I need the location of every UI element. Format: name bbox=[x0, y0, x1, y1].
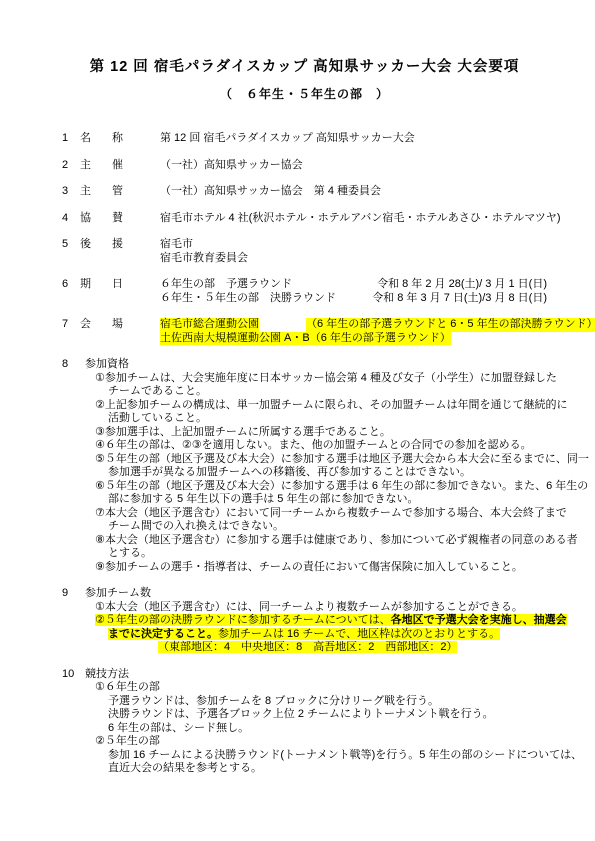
info-row-number: 6 bbox=[62, 278, 80, 305]
info-line: 宿毛市 bbox=[160, 238, 547, 252]
info-row: 1名称第 12 回 宿毛パラダイスカップ 高知県サッカー大会 bbox=[62, 132, 547, 146]
date-text: 令和 8 年 3 月 7 日(土)/3 月 8 日(日) bbox=[372, 292, 547, 306]
info-row-number: 3 bbox=[62, 185, 80, 199]
text-segment: ⑤５年生の部（地区予選及び本大会）に参加する選手は地区予選大会から本大会に至るま… bbox=[95, 453, 589, 465]
section-row: ①６年生の部 bbox=[95, 681, 547, 695]
section: 9参加チーム数①本大会（地区予選含む）には、同一チームより複数チームが参加するこ… bbox=[62, 587, 547, 655]
info-row-content: （一社）高知県サッカー協会 第 4 種委員会 bbox=[160, 185, 547, 199]
info-row-number: 7 bbox=[62, 318, 80, 345]
label-char: 協 bbox=[80, 212, 91, 226]
text-segment: ⑧本大会（地区予選含む）に参加する選手は健康であり、参加について必ず親権者の同意… bbox=[95, 534, 578, 546]
section-row: 決勝ラウンドは、予選各ブロック上位 2 チームによりトーナメント戦を行う。 bbox=[95, 708, 547, 722]
info-row-number: 5 bbox=[62, 238, 80, 265]
info-row-content: 宿毛市ホテル 4 社(秋沢ホテル・ホテルアバン宿毛・ホテルあさひ・ホテルマツヤ) bbox=[160, 212, 547, 226]
section-row: ①本大会（地区予選含む）には、同一チームより複数チームが参加することができる。 bbox=[95, 601, 547, 615]
text-segment: 宿毛市ホテル 4 社(秋沢ホテル・ホテルアバン宿毛・ホテルあさひ・ホテルマツヤ) bbox=[160, 212, 561, 226]
section-row: チーム間での入れ換えはできない。 bbox=[95, 520, 547, 534]
info-row-number: 1 bbox=[62, 132, 80, 146]
section-row: とする。 bbox=[95, 547, 547, 561]
info-line: 宿毛市ホテル 4 社(秋沢ホテル・ホテルアバン宿毛・ホテルあさひ・ホテルマツヤ) bbox=[160, 212, 547, 226]
label-char: 名 bbox=[80, 132, 91, 146]
section-row: ⑧本大会（地区予選含む）に参加する選手は健康であり、参加について必ず親権者の同意… bbox=[95, 534, 547, 548]
info-list: 1名称第 12 回 宿毛パラダイスカップ 高知県サッカー大会2主催（一社）高知県… bbox=[62, 132, 547, 345]
section-body: ①本大会（地区予選含む）には、同一チームより複数チームが参加することができる。②… bbox=[95, 601, 547, 655]
info-row: 5後援宿毛市宿毛市教育委員会 bbox=[62, 238, 547, 265]
info-row: 6期日６年生の部 予選ラウンド令和 8 年 2 月 28(土)/ 3 月 1 日… bbox=[62, 278, 547, 305]
info-row-label: 後援 bbox=[80, 238, 123, 265]
label-char: 日 bbox=[112, 278, 123, 305]
text-segment: 宿毛市 bbox=[160, 238, 193, 252]
info-row-label: 主催 bbox=[80, 159, 123, 173]
section-row: ②５年生の部の決勝ラウンドに参加するチームについては、各地区で予選大会を実施し、… bbox=[95, 614, 547, 628]
section-row: チームであること。 bbox=[95, 385, 547, 399]
info-row-content: 宿毛市宿毛市教育委員会 bbox=[160, 238, 547, 265]
info-row-content: 第 12 回 宿毛パラダイスカップ 高知県サッカー大会 bbox=[160, 132, 547, 146]
label-char: 催 bbox=[112, 159, 123, 173]
date-text: 令和 8 年 2 月 28(土)/ 3 月 1 日(日) bbox=[377, 278, 547, 292]
label-char: 後 bbox=[80, 238, 91, 265]
text-segment: ①６年生の部 bbox=[95, 681, 160, 693]
section: 8参加資格①参加チームは、大会実施年度に日本サッカー協会第 4 種及び女子（小学… bbox=[62, 358, 547, 574]
info-row-number: 4 bbox=[62, 212, 80, 226]
text-segment: チーム間での入れ換えはできない。 bbox=[108, 520, 284, 532]
section-heading: 競技方法 bbox=[85, 668, 129, 682]
section-body: ①６年生の部予選ラウンドは、参加チームを 8 ブロックに分けリーグ戦を行う。決勝… bbox=[95, 681, 547, 776]
text-segment: ⑥５年生の部（地区予選及び本大会）に参加する選手は 6 年生の部に参加できない。… bbox=[95, 480, 588, 492]
section-row: （東部地区：4 中央地区：8 高吾地区：2 西部地区：2） bbox=[95, 641, 547, 655]
highlighted-text: （東部地区：4 中央地区：8 高吾地区：2 西部地区：2） bbox=[158, 641, 457, 653]
text-segment: （一社）高知県サッカー協会 bbox=[160, 159, 303, 173]
text-segment: ②５年生の部 bbox=[95, 735, 160, 747]
info-line: 土佐西南大規模運動公園 A・B（6 年生の部予選ラウンド） bbox=[160, 332, 547, 346]
label-char: 援 bbox=[112, 238, 123, 265]
info-row-content: ６年生の部 予選ラウンド令和 8 年 2 月 28(土)/ 3 月 1 日(日)… bbox=[160, 278, 547, 305]
info-row-label: 期日 bbox=[80, 278, 123, 305]
label-char: 管 bbox=[112, 185, 123, 199]
highlighted-text: 土佐西南大規模運動公園 A・B（6 年生の部予選ラウンド） bbox=[160, 332, 451, 346]
info-line: 宿毛市総合運動公園 （6 年生の部予選ラウンドと 6・5 年生の部決勝ラウンド） bbox=[160, 318, 547, 332]
section-header: 10競技方法 bbox=[62, 668, 547, 682]
info-row-label: 名称 bbox=[80, 132, 123, 146]
section-row: ⑤５年生の部（地区予選及び本大会）に参加する選手は地区予選大会から本大会に至るま… bbox=[95, 453, 547, 467]
section-row: ⑥５年生の部（地区予選及び本大会）に参加する選手は 6 年生の部に参加できない。… bbox=[95, 480, 547, 494]
section-row: 参加選手が異なる加盟チームへの移籍後、再び参加することはできない。 bbox=[95, 466, 547, 480]
section-row: 部に参加する 5 年生以下の選手は 5 年生の部に参加できない。 bbox=[95, 493, 547, 507]
highlighted-text: （6 年生の部予選ラウンドと 6・5 年生の部決勝ラウンド） bbox=[306, 318, 595, 332]
text-segment: 直近大会の結果を参考とする。 bbox=[108, 762, 262, 774]
section-row: 直近大会の結果を参考とする。 bbox=[95, 762, 547, 776]
document-subtitle: （ ６年生・５年生の部 ） bbox=[62, 87, 547, 102]
text-segment: ⑨参加チームの選手・指導者は、チームの責任において傷害保険に加入していること。 bbox=[95, 561, 523, 573]
info-line: （一社）高知県サッカー協会 第 4 種委員会 bbox=[160, 185, 547, 199]
section-row: ②上記参加チームの構成は、単一加盟チームに限られ、その加盟チームは年間を通じて継… bbox=[95, 399, 547, 413]
label-char: 場 bbox=[112, 318, 123, 345]
text-segment: とする。 bbox=[108, 547, 152, 559]
text-segment: ①本大会（地区予選含む）には、同一チームより複数チームが参加することができる。 bbox=[95, 601, 523, 613]
label-char: 会 bbox=[80, 318, 91, 345]
info-row: 4協賛宿毛市ホテル 4 社(秋沢ホテル・ホテルアバン宿毛・ホテルあさひ・ホテルマ… bbox=[62, 212, 547, 226]
label-char: 主 bbox=[80, 159, 91, 173]
text-segment: ⑦本大会（地区予選含む）において同一チームから複数チームで参加する場合、本大会終… bbox=[95, 507, 567, 519]
text-segment: ①参加チームは、大会実施年度に日本サッカー協会第 4 種及び女子（小学生）に加盟… bbox=[95, 372, 557, 384]
highlighted-text: ②５年生の部の決勝ラウンドに参加するチームについては、 bbox=[95, 614, 391, 626]
text-segment: ②上記参加チームの構成は、単一加盟チームに限られ、その加盟チームは年間を通じて継… bbox=[95, 399, 568, 411]
section-row: 参加 16 チームによる決勝ラウンド(トーナメント戦等)を行う。5 年生の部のシ… bbox=[95, 749, 547, 763]
text-segment: 活動していること。 bbox=[108, 412, 207, 424]
label-char: 期 bbox=[80, 278, 91, 305]
section-number: 8 bbox=[62, 358, 85, 372]
text-segment bbox=[259, 318, 306, 332]
section-row: ⑨参加チームの選手・指導者は、チームの責任において傷害保険に加入していること。 bbox=[95, 561, 547, 575]
info-row-label: 協賛 bbox=[80, 212, 123, 226]
info-line: ６年生・５年生の部 決勝ラウンド令和 8 年 3 月 7 日(土)/3 月 8 … bbox=[160, 292, 547, 306]
label-char: 賛 bbox=[112, 212, 123, 226]
section-row: 予選ラウンドは、参加チームを 8 ブロックに分けリーグ戦を行う。 bbox=[95, 695, 547, 709]
text-segment: ６年生・５年生の部 決勝ラウンド bbox=[160, 292, 336, 306]
highlighted-text: 宿毛市総合運動公園 bbox=[160, 318, 259, 332]
text-segment: ６年生の部 予選ラウンド bbox=[160, 278, 292, 292]
info-line: 宿毛市教育委員会 bbox=[160, 252, 547, 266]
section-row: ④６年生の部は、②③を適用しない。また、他の加盟チームとの合同での参加を認める。 bbox=[95, 439, 547, 453]
section-heading: 参加資格 bbox=[85, 358, 129, 372]
info-line: （一社）高知県サッカー協会 bbox=[160, 159, 547, 173]
text-segment: 部に参加する 5 年生以下の選手は 5 年生の部に参加できない。 bbox=[108, 493, 418, 505]
section-heading: 参加チーム数 bbox=[85, 587, 151, 601]
section-header: 8参加資格 bbox=[62, 358, 547, 372]
highlighted-text: 参加チームは 16 チームで、地区枠は次のとおりとする。 bbox=[218, 628, 500, 640]
section-row: 活動していること。 bbox=[95, 412, 547, 426]
section-body: ①参加チームは、大会実施年度に日本サッカー協会第 4 種及び女子（小学生）に加盟… bbox=[95, 372, 547, 575]
highlighted-text: までに決定すること。 bbox=[108, 628, 218, 640]
section-row: までに決定すること。参加チームは 16 チームで、地区枠は次のとおりとする。 bbox=[95, 628, 547, 642]
info-row-label: 会場 bbox=[80, 318, 123, 345]
section-row: ③参加選手は、上記加盟チームに所属する選手であること。 bbox=[95, 426, 547, 440]
section-header: 9参加チーム数 bbox=[62, 587, 547, 601]
section-row: ②５年生の部 bbox=[95, 735, 547, 749]
document-page: 第 12 回 宿毛パラダイスカップ 高知県サッカー大会 大会要項 （ ６年生・５… bbox=[0, 0, 595, 841]
info-row: 7会場宿毛市総合運動公園 （6 年生の部予選ラウンドと 6・5 年生の部決勝ラウ… bbox=[62, 318, 547, 345]
section: 10競技方法①６年生の部予選ラウンドは、参加チームを 8 ブロックに分けリーグ戦… bbox=[62, 668, 547, 776]
text-segment: チームであること。 bbox=[108, 385, 207, 397]
section-row: ⑦本大会（地区予選含む）において同一チームから複数チームで参加する場合、本大会終… bbox=[95, 507, 547, 521]
section-number: 10 bbox=[62, 668, 85, 682]
info-row: 2主催（一社）高知県サッカー協会 bbox=[62, 159, 547, 173]
highlighted-text: 各地区で予選大会を実施し、抽選会 bbox=[391, 614, 567, 626]
text-segment: ④６年生の部は、②③を適用しない。また、他の加盟チームとの合同での参加を認める。 bbox=[95, 439, 532, 451]
document-title: 第 12 回 宿毛パラダイスカップ 高知県サッカー大会 大会要項 bbox=[62, 58, 547, 77]
text-segment: 参加選手が異なる加盟チームへの移籍後、再び参加することはできない。 bbox=[108, 466, 471, 478]
info-row-number: 2 bbox=[62, 159, 80, 173]
info-row: 3主管（一社）高知県サッカー協会 第 4 種委員会 bbox=[62, 185, 547, 199]
label-char: 主 bbox=[80, 185, 91, 199]
text-segment: ③参加選手は、上記加盟チームに所属する選手であること。 bbox=[95, 426, 391, 438]
info-line: 第 12 回 宿毛パラダイスカップ 高知県サッカー大会 bbox=[160, 132, 547, 146]
info-line: ６年生の部 予選ラウンド令和 8 年 2 月 28(土)/ 3 月 1 日(日) bbox=[160, 278, 547, 292]
text-segment: 参加 16 チームによる決勝ラウンド(トーナメント戦等)を行う。5 年生の部のシ… bbox=[108, 749, 582, 761]
text-segment: （一社）高知県サッカー協会 第 4 種委員会 bbox=[160, 185, 381, 199]
info-row-content: （一社）高知県サッカー協会 bbox=[160, 159, 547, 173]
text-segment: 第 12 回 宿毛パラダイスカップ 高知県サッカー大会 bbox=[160, 132, 415, 146]
info-row-label: 主管 bbox=[80, 185, 123, 199]
section-row: 6 年生の部は、シード無し。 bbox=[95, 722, 547, 736]
text-segment: 宿毛市教育委員会 bbox=[160, 252, 248, 266]
text-segment: 6 年生の部は、シード無し。 bbox=[108, 722, 249, 734]
section-number: 9 bbox=[62, 587, 85, 601]
info-row-content: 宿毛市総合運動公園 （6 年生の部予選ラウンドと 6・5 年生の部決勝ラウンド）… bbox=[160, 318, 547, 345]
section-list: 8参加資格①参加チームは、大会実施年度に日本サッカー協会第 4 種及び女子（小学… bbox=[62, 358, 547, 776]
text-segment: 予選ラウンドは、参加チームを 8 ブロックに分けリーグ戦を行う。 bbox=[108, 695, 439, 707]
label-char: 称 bbox=[112, 132, 123, 146]
text-segment: 決勝ラウンドは、予選各ブロック上位 2 チームによりトーナメント戦を行う。 bbox=[108, 708, 494, 720]
section-row: ①参加チームは、大会実施年度に日本サッカー協会第 4 種及び女子（小学生）に加盟… bbox=[95, 372, 547, 386]
